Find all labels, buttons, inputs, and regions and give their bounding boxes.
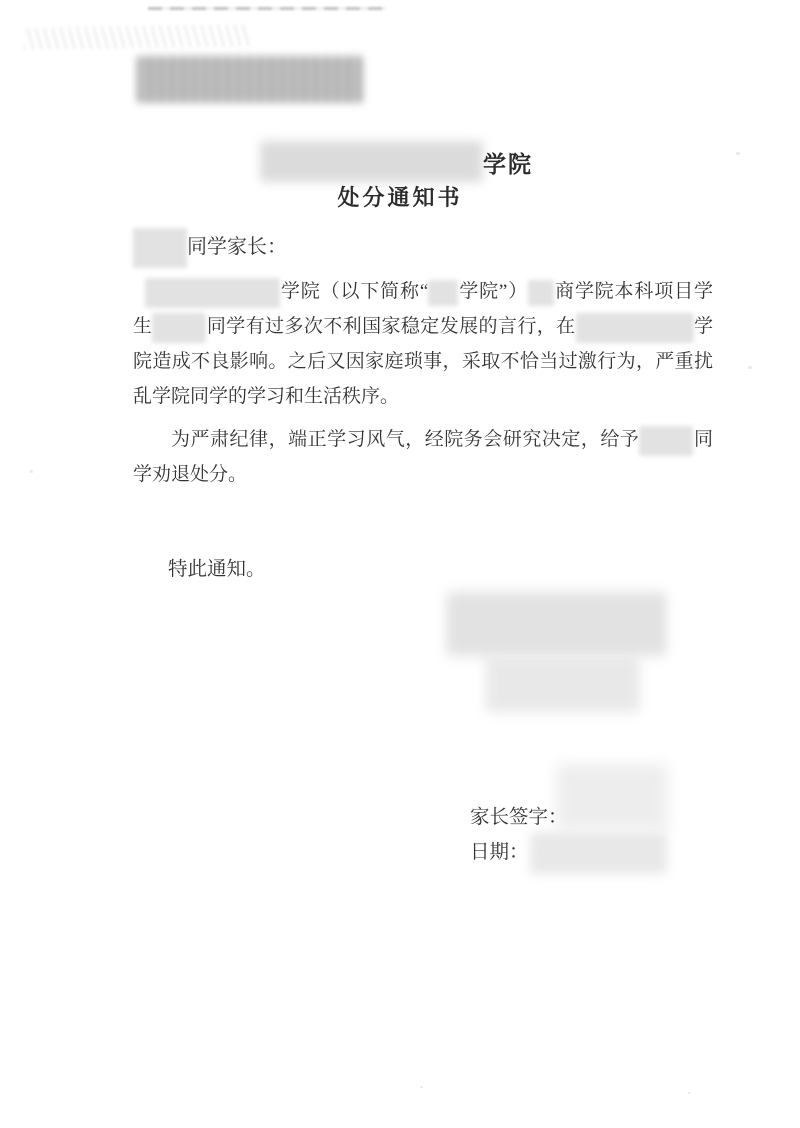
- redaction-blur: [576, 313, 694, 343]
- redaction-blur: [145, 278, 280, 308]
- parent-signature-label: 家长签字：: [470, 800, 568, 835]
- date-label: 日期：: [470, 835, 568, 870]
- letterhead-redaction-blur: [137, 56, 363, 103]
- redaction-blur: [428, 280, 458, 306]
- redaction-blur: [639, 426, 693, 456]
- scan-speck: [30, 470, 33, 473]
- parent-sign-section: 家长签字： 日期：: [470, 800, 568, 870]
- salutation-line: 同学家长：: [133, 228, 713, 268]
- scan-speck: [420, 1086, 423, 1088]
- text-run: 为严肃纪律，端正学习风气，经院务会研究决定，给予: [171, 429, 639, 450]
- scan-speck: [688, 1092, 691, 1094]
- scan-speck: [736, 152, 740, 155]
- issue-date-redaction-blur: [487, 656, 640, 712]
- text-run: 同学家长：: [187, 236, 287, 258]
- school-name-redaction-blur: [260, 141, 483, 182]
- scanned-document-page: 学院 处分通知书 同学家长： 学院（以下简称“学院”）商学院本科项目学生同学有过…: [0, 0, 800, 1128]
- issuer-name-redaction-blur: [448, 592, 667, 656]
- body-paragraph-2: 为严肃纪律，端正学习风气，经院务会研究决定，给予同学劝退处分。: [133, 422, 713, 492]
- document-title: 处分通知书: [0, 181, 800, 212]
- school-name-suffix: 学院: [483, 146, 533, 179]
- text-run: 同学有过多次不利国家稳定发展的言行，在: [206, 316, 575, 337]
- text-run: 学院”）: [458, 281, 528, 302]
- closing-line: 特此通知。: [133, 555, 713, 585]
- scan-artifact-handwriting-smudge: [24, 24, 249, 50]
- scan-artifact-top-line: [148, 7, 386, 10]
- redaction-blur: [152, 313, 206, 343]
- redaction-blur: [528, 280, 554, 306]
- redaction-blur: [133, 228, 187, 268]
- body-paragraph-1: 学院（以下简称“学院”）商学院本科项目学生同学有过多次不利国家稳定发展的言行，在…: [133, 274, 713, 414]
- scan-speck: [748, 366, 752, 369]
- text-run: 学院（以下简称“: [280, 281, 428, 302]
- parent-signature-redaction-blur: [556, 764, 668, 830]
